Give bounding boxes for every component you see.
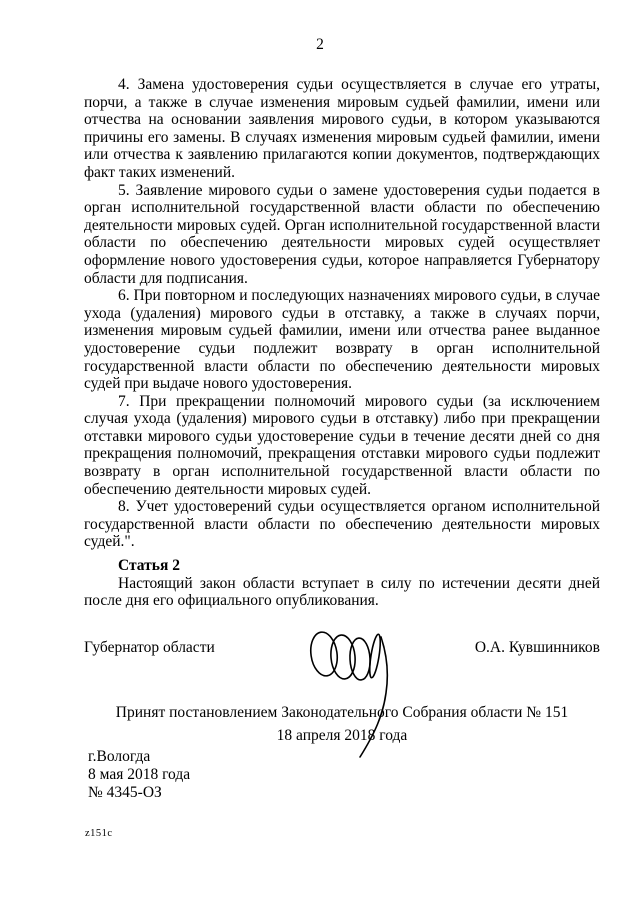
article-2-text: Настоящий закон области вступает в силу …: [84, 575, 600, 610]
article-2-heading: Статья 2: [84, 557, 600, 575]
signatory-name: О.А. Кувшинников: [475, 639, 600, 657]
paragraph-7: 7. При прекращении полномочий мирового с…: [84, 393, 600, 499]
adoption-resolution-line: Принят постановлением Законодательного С…: [84, 702, 600, 725]
adoption-block: Принят постановлением Законодательного С…: [84, 702, 600, 747]
issue-city: г.Вологда: [88, 748, 190, 766]
issue-date: 8 мая 2018 года: [88, 766, 190, 784]
signatory-title: Губернатор области: [84, 639, 215, 657]
document-body: 4. Замена удостоверения судьи осуществля…: [84, 76, 600, 610]
paragraph-5: 5. Заявление мирового судьи о замене удо…: [84, 182, 600, 288]
page-number: 2: [0, 36, 640, 54]
issuance-block: г.Вологда 8 мая 2018 года № 4345-ОЗ: [88, 748, 190, 801]
paragraph-4: 4. Замена удостоверения судьи осуществля…: [84, 76, 600, 182]
paragraph-8: 8. Учет удостоверений судьи осуществляет…: [84, 498, 600, 551]
document-code: z151c: [85, 828, 113, 839]
issue-number: № 4345-ОЗ: [88, 784, 190, 802]
paragraph-6: 6. При повторном и последующих назначени…: [84, 287, 600, 393]
adoption-date-line: 18 апреля 2018 года: [84, 725, 600, 748]
scanned-law-page: 2 4. Замена удостоверения судьи осуществ…: [0, 0, 640, 905]
signature-block: Губернатор области О.А. Кувшинников: [84, 639, 600, 657]
